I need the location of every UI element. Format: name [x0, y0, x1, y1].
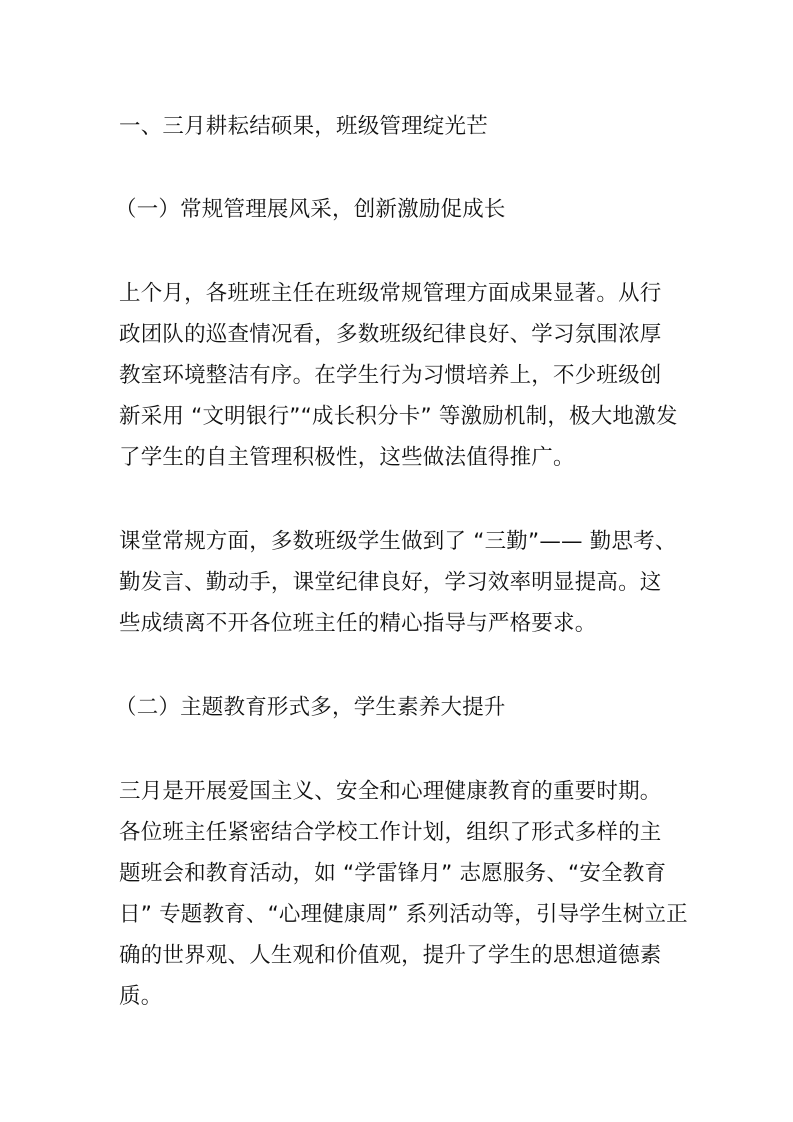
paragraph-line: 三月是开展爱国主义、安全和心理健康教育的重要时期。 [119, 778, 662, 806]
paragraph-line: 教室环境整洁有序。在学生行为习惯培养上，不少班级创 [119, 362, 662, 390]
section-2-title: （二）主题教育形式多，学生素养大提升 [115, 694, 506, 722]
paragraph-line: 日” 专题教育、“心理健康周” 系列活动等，引导学生树立正 [119, 901, 688, 929]
paragraph-line: 新采用 “文明银行”“成长积分卡” 等激励机制，极大地激发 [119, 403, 678, 431]
section-1-title: （一）常规管理展风采，创新激励促成长 [115, 196, 506, 224]
paragraph-line: 课堂常规方面，多数班级学生做到了 “三勤”—— 勤思考、 [119, 528, 677, 556]
paragraph-line: 质。 [119, 983, 162, 1011]
paragraph-line: 确的世界观、人生观和价值观，提升了学生的思想道德素 [119, 942, 662, 970]
paragraph-line: 些成绩离不开各位班主任的精心指导与严格要求。 [119, 610, 596, 638]
heading-level-1: 一、三月耕耘结硕果，班级管理绽光芒 [119, 113, 488, 141]
paragraph-line: 勤发言、勤动手，课堂纪律良好，学习效率明显提高。这 [119, 569, 662, 597]
paragraph-line: 上个月，各班班主任在班级常规管理方面成果显著。从行 [119, 280, 662, 308]
paragraph-line: 政团队的巡查情况看，多数班级纪律良好、学习氛围浓厚 [119, 321, 662, 349]
paragraph-line: 各位班主任紧密结合学校工作计划，组织了形式多样的主 [119, 819, 662, 847]
paragraph-line: 了学生的自主管理积极性，这些做法值得推广。 [119, 444, 575, 472]
paragraph-line: 题班会和教育活动，如 “学雷锋月” 志愿服务、“安全教育 [119, 860, 666, 888]
